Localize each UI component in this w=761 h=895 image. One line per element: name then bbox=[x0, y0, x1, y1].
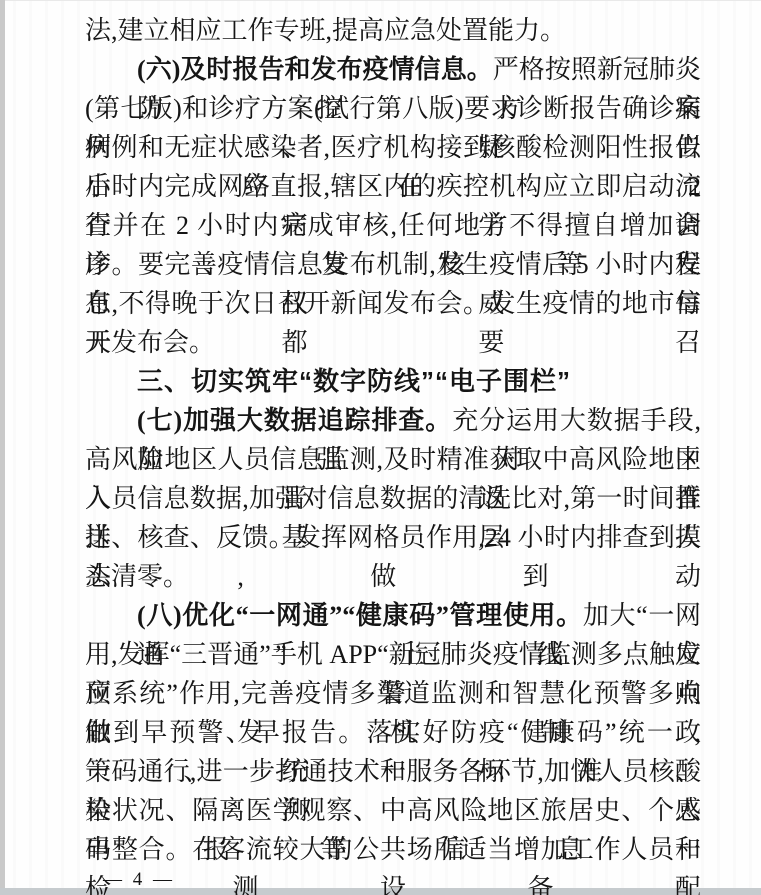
document-body: 法,建立相应工作专班,提高应急处置能力。(六)及时报告和发布疫情信息。严格按照新… bbox=[85, 11, 701, 869]
bold-text-segment: (八)优化“一网通”“健康码”管理使用。 bbox=[137, 601, 583, 630]
text-line: (六)及时报告和发布疫情信息。严格按照新冠肺炎防控方案 bbox=[85, 50, 701, 89]
text-line: 查并在 2 小时内完成审核,任何地方不得擅自增加会诊、复核等程 bbox=[85, 206, 701, 245]
text-line: 人员信息数据,加强对信息数据的清洗比对,第一时间推送基层摸 bbox=[85, 479, 701, 518]
section-heading: 三、切实筑牢“数字防线”“电子围栏” bbox=[85, 362, 701, 401]
scan-edge-top bbox=[0, 0, 761, 1]
text-line: 高风险地区人员信息监测,及时精准获取中高风险地区入晋返晋 bbox=[85, 440, 701, 479]
text-segment: 码整合。在客流较大的公共场所适当增加工作人员和检测设备配 bbox=[85, 835, 701, 895]
text-line: 法,建立相应工作专班,提高应急处置能力。 bbox=[85, 11, 701, 50]
bold-text-segment: (六)及时报告和发布疫情信息。 bbox=[137, 55, 493, 84]
text-line: 做到早预警、早报告。落实好防疫“健康码”统一政策、统一标准、 bbox=[85, 713, 701, 752]
text-line: (七)加强大数据追踪排查。充分运用大数据手段,加强对中 bbox=[85, 401, 701, 440]
text-line: 序。要完善疫情信息发布机制,发生疫情后 5 小时内发布权威信 bbox=[85, 245, 701, 284]
bold-text-segment: (七)加强大数据追踪排查。 bbox=[137, 406, 452, 435]
text-line: 病例和无症状感染者,医疗机构接到核酸检测阳性报告后应在 2 bbox=[85, 128, 701, 167]
text-line: (八)优化“一网通”“健康码”管理使用。加大“一网通”上线应 bbox=[85, 596, 701, 635]
text-line: 用,发挥“三晋通”手机 APP“新冠肺炎疫情监测多点触发预警响 bbox=[85, 635, 701, 674]
page-number: — 4 — bbox=[103, 868, 175, 892]
text-line: 排、核查、反馈。发挥网格员作用,24 小时内排查到人头,做到动 bbox=[85, 518, 701, 557]
text-line: 一码通行,进一步打通技术和服务各环节,加快人员核酸检测、感 bbox=[85, 752, 701, 791]
scan-edge-left bbox=[0, 0, 5, 895]
text-line: 小时内完成网络直报,辖区内的疾控机构应立即启动流行病学调 bbox=[85, 167, 701, 206]
text-line: 应系统”作用,完善疫情多渠道监测和智慧化预警多点触发机制, bbox=[85, 674, 701, 713]
text-line: 码整合。在客流较大的公共场所适当增加工作人员和检测设备配 bbox=[85, 830, 701, 869]
text-line: 息,不得晚于次日召开新闻发布会。发生疫情的地市每天都要召 bbox=[85, 284, 701, 323]
text-segment: 法,建立相应工作专班,提高应急处置能力。 bbox=[85, 16, 566, 45]
text-line: (第七版)和诊疗方案(试行第八版)要求诊断报告确诊病例、疑似 bbox=[85, 89, 701, 128]
text-segment: 开发布会。 bbox=[85, 328, 215, 357]
bold-text-segment: 三、切实筑牢“数字防线”“电子围栏” bbox=[137, 366, 571, 396]
document-page: { "page": { "page_number": "— 4 —" }, "c… bbox=[0, 0, 761, 895]
text-segment: 态清零。 bbox=[85, 562, 189, 591]
text-line: 染状况、隔离医学观察、中高风险地区旅居史、个人申报等信息一 bbox=[85, 791, 701, 830]
